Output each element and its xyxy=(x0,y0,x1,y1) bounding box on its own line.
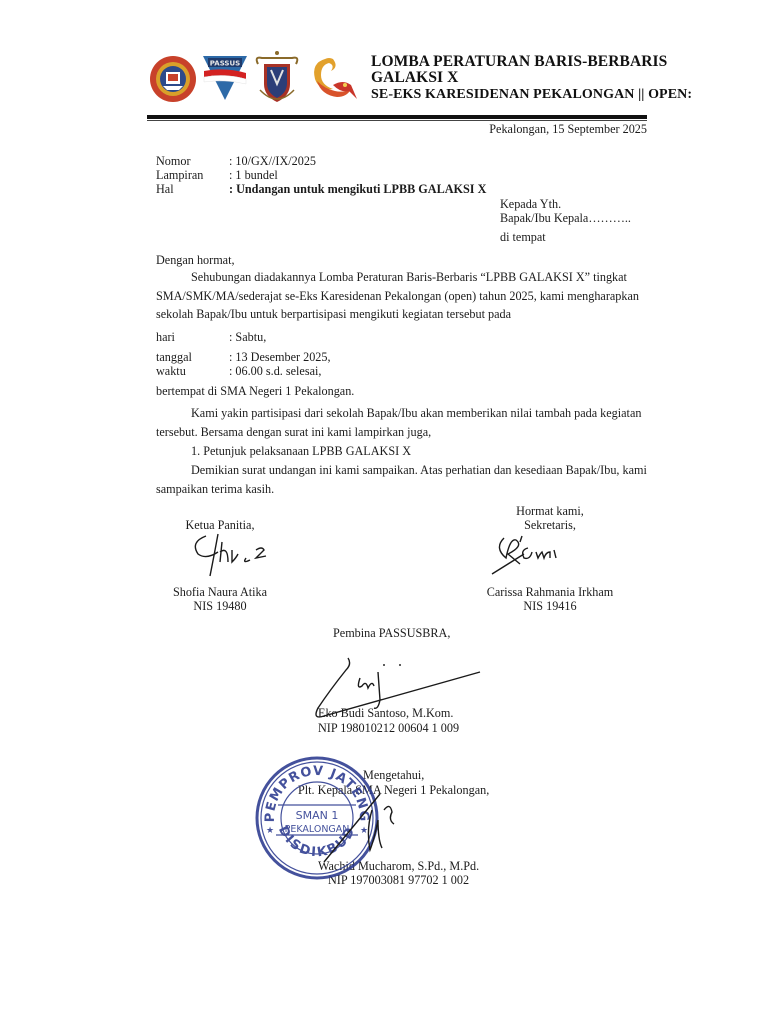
paragraph1-line2: SMA/SMK/MA/sederajat se-Eks Karesidenan … xyxy=(156,289,639,303)
place-date: Pekalongan, 15 September 2025 xyxy=(489,122,647,136)
paragraph1-line3: sekolah Bapak/Ibu untuk berpartisipasi m… xyxy=(156,307,511,321)
passus-logo-icon: PASSUS xyxy=(202,55,248,101)
right-signatory-name: Carissa Rahmania Irkham xyxy=(440,585,660,599)
meta-label-nomor: Nomor xyxy=(156,154,191,168)
left-signature xyxy=(188,528,278,580)
schedule-label-tanggal: tanggal xyxy=(156,350,192,364)
attachment-item-1: 1. Petunjuk pelaksanaan LPBB GALAKSI X xyxy=(191,444,411,458)
meta-value-hal: : Undangan untuk mengikuti LPBB GALAKSI … xyxy=(229,182,486,196)
venue-line: bertempat di SMA Negeri 1 Pekalongan. xyxy=(156,384,354,398)
left-signatory-id: NIS 19480 xyxy=(120,599,320,613)
phoenix-logo-icon xyxy=(307,55,359,105)
recipient-line2: Bapak/Ibu Kepala……….. xyxy=(500,211,631,225)
meta-label-lampiran: Lampiran xyxy=(156,168,203,182)
left-signatory-name: Shofia Naura Atika xyxy=(120,585,320,599)
stamp-star-left-icon: ★ xyxy=(266,825,274,835)
school-emblem-icon xyxy=(149,55,197,103)
greeting: Dengan hormat, xyxy=(156,253,235,267)
letterhead-divider xyxy=(147,115,647,119)
schedule-value-tanggal: : 13 Desember 2025, xyxy=(229,350,331,364)
letterhead-title-line3: SE-EKS KARESIDENAN PEKALONGAN || OPEN: xyxy=(371,86,692,103)
letterhead-divider-thin xyxy=(147,120,647,121)
advisor-role: Pembina PASSUSBRA, xyxy=(333,626,450,640)
meta-label-hal: Hal xyxy=(156,182,174,196)
paragraph2-line2: tersebut. Bersama dengan surat ini kami … xyxy=(156,425,431,439)
recipient-line3: di tempat xyxy=(500,230,546,244)
right-signatory-id: NIS 19416 xyxy=(440,599,660,613)
letterhead-title-line2: GALAKSI X xyxy=(371,69,458,86)
schedule-label-waktu: waktu xyxy=(156,364,186,378)
closing-text: Hormat kami, xyxy=(440,504,660,518)
meta-value-lampiran: : 1 bundel xyxy=(229,168,278,182)
paragraph3-line2: sampaikan terima kasih. xyxy=(156,482,274,496)
recipient-line1: Kepada Yth. xyxy=(500,197,561,211)
principal-signature xyxy=(320,790,400,870)
schedule-label-hari: hari xyxy=(156,330,175,344)
schedule-value-waktu: : 06.00 s.d. selesai, xyxy=(229,364,321,378)
paragraph2-line1: Kami yakin partisipasi dari sekolah Bapa… xyxy=(191,406,641,420)
svg-text:PASSUS: PASSUS xyxy=(210,60,240,68)
paragraph3-line1: Demikian surat undangan ini kami sampaik… xyxy=(191,463,647,477)
schedule-value-hari: : Sabtu, xyxy=(229,330,266,344)
advisor-name: Eko Budi Santoso, M.Kom. xyxy=(318,706,453,720)
paragraph1-line1: Sehubungan diadakannya Lomba Peraturan B… xyxy=(191,270,627,284)
letterhead-title-line1: LOMBA PERATURAN BARIS-BERBARIS xyxy=(371,53,667,70)
shield-crest-icon xyxy=(252,50,302,106)
meta-value-nomor: : 10/GX//IX/2025 xyxy=(229,154,316,168)
right-signature xyxy=(484,528,574,580)
advisor-id: NIP 198010212 00604 1 009 xyxy=(318,721,459,735)
